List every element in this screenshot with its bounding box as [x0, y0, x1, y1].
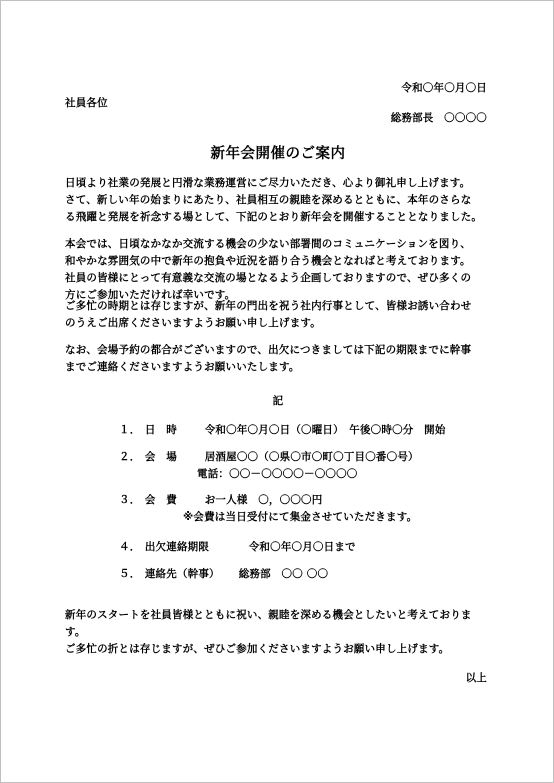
item-value: お一人様 〇，〇〇〇円: [205, 494, 323, 506]
closing-line: ご多忙の折とは存じますが、ぜひご参加くださいますようお願い申し上げます。: [65, 642, 449, 656]
ki-heading: 記: [1, 394, 554, 408]
item-label: 会 場: [145, 450, 201, 464]
body-line: までご連絡くださいますようお願いいたします。: [65, 360, 300, 374]
body-line: 和やかな雰囲気の中で新年の抱負や近況を語り合う機会となればと考えております。: [65, 254, 471, 268]
body-line: ご多忙の時期とは存じますが、新年の門出を祝う社内行事として、皆様お誘い合わせ: [65, 299, 471, 313]
ijou: 以上: [466, 671, 487, 685]
item-date: １． 日 時 令和〇年〇月〇日（〇曜日） 午後〇時〇分 開始: [119, 423, 446, 437]
body-line: 本会では、日頃なかなか交流する機会の少ない部署間のコミュニケーションを図り、: [65, 237, 471, 251]
item-value: 令和〇年〇月〇日（〇曜日） 午後〇時〇分 開始: [205, 424, 446, 436]
sender: 総務部長 〇〇〇〇: [391, 111, 487, 125]
item-deadline: ４． 出欠連絡期限 令和〇年〇月〇日まで: [119, 540, 356, 554]
closing-line: 新年のスタートを社員皆様とともに祝い、親睦を深める機会としたいと考えておりま: [65, 608, 472, 622]
body-line: のうえご出席くださいますようお願い申し上げます。: [65, 316, 321, 330]
body-line: さて、新しい年の始まりにあたり、社員相互の親睦を深めるとともに、本年のさらな: [65, 193, 471, 207]
item-number: １．: [119, 423, 141, 437]
document-date: 令和〇年〇月〇日: [401, 81, 487, 95]
body-line: る飛躍と発展を祈念する場として、下記のとおり新年会を開催することとなりました。: [65, 210, 482, 224]
document-page: 令和〇年〇月〇日 社員各位 総務部長 〇〇〇〇 新年会開催のご案内 日頃より社業…: [0, 0, 554, 783]
body-line: 社員の皆様にとって有意義な交流の場となるよう企画しておりますので、ぜひ多くの: [65, 271, 471, 285]
item-contact: ５． 連絡先（幹事） 総務部 〇〇 〇〇: [119, 567, 328, 581]
item-label: 会 費: [145, 493, 201, 507]
item-value: 居酒屋〇〇（〇県〇市〇町〇丁目〇番〇号）: [205, 451, 419, 463]
item-value: 総務部 〇〇 〇〇: [239, 568, 328, 580]
item-sub: 電話：〇〇－〇〇〇〇－〇〇〇〇: [197, 467, 358, 481]
item-fee: ３． 会 費 お一人様 〇，〇〇〇円: [119, 493, 322, 507]
item-number: ３．: [119, 493, 141, 507]
item-label: 日 時: [145, 423, 201, 437]
body-line: 日頃より社業の発展と円滑な業務運営にご尽力いただき、心より御礼申し上げます。: [65, 176, 470, 190]
closing-line: す。: [65, 625, 86, 639]
document-title: 新年会開催のご案内: [1, 142, 554, 163]
body-line: なお、会場予約の都合がございますので、出欠につきましては下記の期限までに幹事: [65, 343, 471, 357]
item-number: ２．: [119, 450, 141, 464]
item-sub: ※会費は当日受付にて集金させていただきます。: [183, 510, 417, 524]
item-label: 連絡先（幹事）: [145, 567, 235, 581]
item-number: ４．: [119, 540, 141, 554]
recipient: 社員各位: [65, 96, 108, 110]
item-number: ５．: [119, 567, 141, 581]
item-label: 出欠連絡期限: [145, 540, 245, 554]
item-venue: ２． 会 場 居酒屋〇〇（〇県〇市〇町〇丁目〇番〇号）: [119, 450, 419, 464]
item-value: 令和〇年〇月〇日まで: [249, 541, 356, 553]
